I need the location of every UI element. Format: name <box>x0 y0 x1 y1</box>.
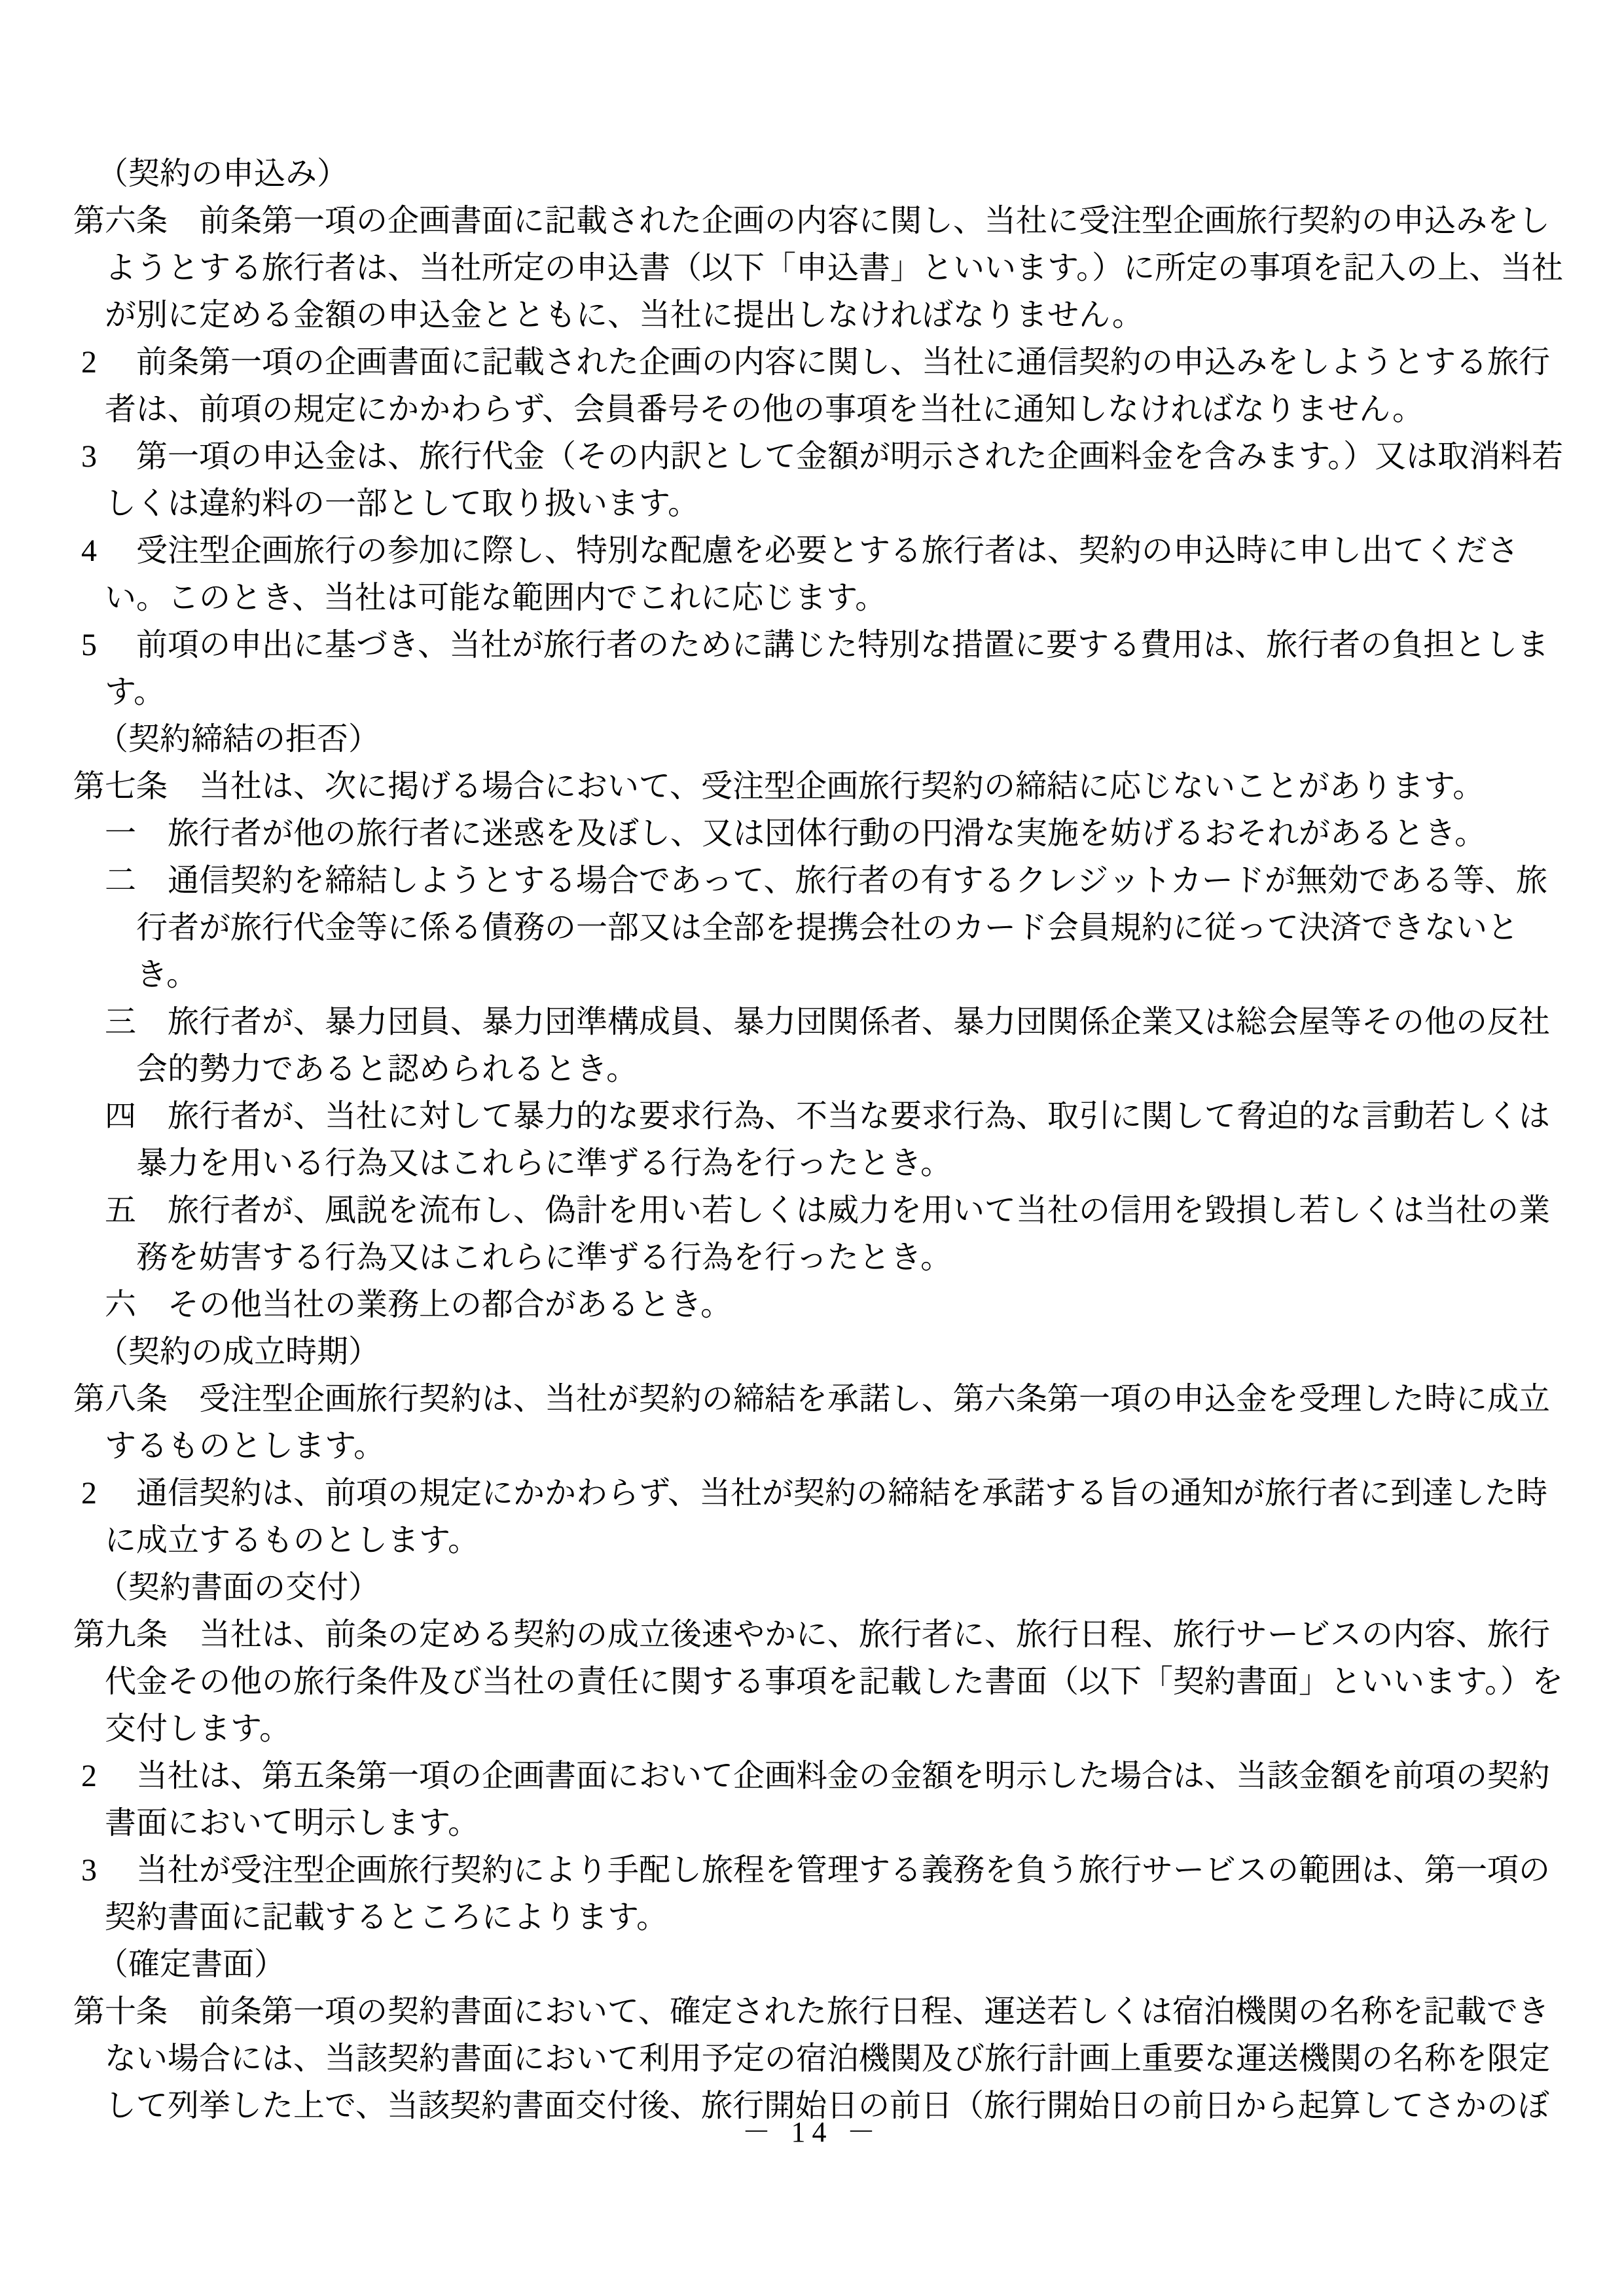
item-number: 三 <box>105 999 168 1046</box>
paragraph-text: 通信契約は、前項の規定にかかわらず、当社が契約の締結を承諾する旨の通知が旅行者に… <box>105 1476 1547 1558</box>
article-paragraph: 4受注型企画旅行の参加に際し、特別な配慮を必要とする旅行者は、契約の申込時に申し… <box>73 528 1567 622</box>
item-text: 通信契約を締結しようとする場合であって、旅行者の有するクレジットカードが無効であ… <box>136 863 1547 992</box>
article-paragraph: 5前項の申出に基づき、当社が旅行者のために講じた特別な措置に要する費用は、旅行者… <box>73 622 1567 716</box>
article-item: 六その他当社の業務上の都合があるとき。 <box>73 1282 1567 1329</box>
item-text: 旅行者が、風説を流布し、偽計を用い若しくは威力を用いて当社の信用を毀損し若しくは… <box>136 1193 1550 1275</box>
item-text: その他当社の業務上の都合があるとき。 <box>168 1287 732 1322</box>
article-item: 一旅行者が他の旅行者に迷惑を及ぼし、又は団体行動の円滑な実施を妨げるおそれがある… <box>73 810 1567 857</box>
section-heading: （契約の申込み） <box>97 151 1567 198</box>
article-clause: 第九条当社は、前条の定める契約の成立後速やかに、旅行者に、旅行日程、旅行サービス… <box>73 1611 1567 1753</box>
article-item: 五旅行者が、風説を流布し、偽計を用い若しくは威力を用いて当社の信用を毀損し若しく… <box>73 1187 1567 1282</box>
article-item: 二通信契約を締結しようとする場合であって、旅行者の有するクレジットカードが無効で… <box>73 857 1567 999</box>
article-paragraph: 2通信契約は、前項の規定にかかわらず、当社が契約の締結を承諾する旨の通知が旅行者… <box>73 1470 1567 1564</box>
article-number: 第八条 <box>73 1382 168 1416</box>
item-number: 四 <box>105 1093 168 1140</box>
article-clause: 第十条前条第一項の契約書面において、確定された旅行日程、運送若しくは宿泊機関の名… <box>73 1988 1567 2130</box>
article-item: 三旅行者が、暴力団員、暴力団準構成員、暴力団関係者、暴力団関係企業又は総会屋等そ… <box>73 999 1567 1093</box>
article-number: 第十条 <box>73 1994 168 2029</box>
item-text: 旅行者が、当社に対して暴力的な要求行為、不当な要求行為、取引に関して脅迫的な言動… <box>136 1099 1550 1181</box>
article-text: 前条第一項の契約書面において、確定された旅行日程、運送若しくは宿泊機関の名称を記… <box>105 1994 1550 2123</box>
paragraph-text: 第一項の申込金は、旅行代金（その内訳として金額が明示された企画料金を含みます。）… <box>105 439 1563 521</box>
paragraph-number: 2 <box>73 1753 136 1800</box>
article-clause: 第六条前条第一項の企画書面に記載された企画の内容に関し、当社に受注型企画旅行契約… <box>73 198 1567 339</box>
item-text: 旅行者が他の旅行者に迷惑を及ぼし、又は団体行動の円滑な実施を妨げるおそれがあると… <box>168 816 1486 851</box>
section-heading: （確定書面） <box>97 1941 1567 1988</box>
article-text: 当社は、次に掲げる場合において、受注型企画旅行契約の締結に応じないことがあります… <box>199 769 1484 804</box>
section-heading: （契約の成立時期） <box>97 1329 1567 1376</box>
article-paragraph: 2当社は、第五条第一項の企画書面において企画料金の金額を明示した場合は、当該金額… <box>73 1753 1567 1847</box>
paragraph-text: 前項の申出に基づき、当社が旅行者のために講じた特別な措置に要する費用は、旅行者の… <box>105 628 1549 709</box>
item-number: 五 <box>105 1187 168 1234</box>
page-footer: － 14 － <box>0 2113 1624 2152</box>
paragraph-text: 前条第一項の企画書面に記載された企画の内容に関し、当社に通信契約の申込みをしよう… <box>105 345 1550 427</box>
paragraph-number: 2 <box>73 1470 136 1517</box>
article-text: 受注型企画旅行契約は、当社が契約の締結を承諾し、第六条第一項の申込金を受理した時… <box>105 1382 1550 1463</box>
article-number: 第六条 <box>73 204 168 238</box>
item-text: 旅行者が、暴力団員、暴力団準構成員、暴力団関係者、暴力団関係企業又は総会屋等その… <box>136 1005 1550 1086</box>
paragraph-number: 2 <box>73 339 136 386</box>
article-number: 第七条 <box>73 769 168 804</box>
document-page: （契約の申込み） 第六条前条第一項の企画書面に記載された企画の内容に関し、当社に… <box>0 0 1624 2296</box>
article-paragraph: 3第一項の申込金は、旅行代金（その内訳として金額が明示された企画料金を含みます。… <box>73 433 1567 528</box>
article-clause: 第七条当社は、次に掲げる場合において、受注型企画旅行契約の締結に応じないことがあ… <box>73 763 1567 810</box>
item-number: 二 <box>105 857 168 905</box>
page-number: － 14 － <box>742 2116 882 2148</box>
paragraph-number: 4 <box>73 528 136 575</box>
section-heading: （契約締結の拒否） <box>97 716 1567 763</box>
article-paragraph: 3当社が受注型企画旅行契約により手配し旅程を管理する義務を負う旅行サービスの範囲… <box>73 1847 1567 1941</box>
article-item: 四旅行者が、当社に対して暴力的な要求行為、不当な要求行為、取引に関して脅迫的な言… <box>73 1093 1567 1187</box>
paragraph-number: 3 <box>73 433 136 480</box>
item-number: 六 <box>105 1282 168 1329</box>
article-number: 第九条 <box>73 1617 168 1652</box>
page-content: （契約の申込み） 第六条前条第一項の企画書面に記載された企画の内容に関し、当社に… <box>73 151 1567 2130</box>
item-number: 一 <box>105 810 168 857</box>
article-paragraph: 2前条第一項の企画書面に記載された企画の内容に関し、当社に通信契約の申込みをしよ… <box>73 339 1567 433</box>
paragraph-text: 当社は、第五条第一項の企画書面において企画料金の金額を明示した場合は、当該金額を… <box>105 1759 1550 1840</box>
article-text: 当社は、前条の定める契約の成立後速やかに、旅行者に、旅行日程、旅行サービスの内容… <box>105 1617 1563 1746</box>
paragraph-text: 受注型企画旅行の参加に際し、特別な配慮を必要とする旅行者は、契約の申込時に申し出… <box>105 533 1519 615</box>
paragraph-number: 3 <box>73 1847 136 1894</box>
article-clause: 第八条受注型企画旅行契約は、当社が契約の締結を承諾し、第六条第一項の申込金を受理… <box>73 1376 1567 1470</box>
paragraph-text: 当社が受注型企画旅行契約により手配し旅程を管理する義務を負う旅行サービスの範囲は… <box>105 1853 1550 1935</box>
article-text: 前条第一項の企画書面に記載された企画の内容に関し、当社に受注型企画旅行契約の申込… <box>105 204 1563 332</box>
section-heading: （契約書面の交付） <box>97 1564 1567 1611</box>
paragraph-number: 5 <box>73 622 136 669</box>
